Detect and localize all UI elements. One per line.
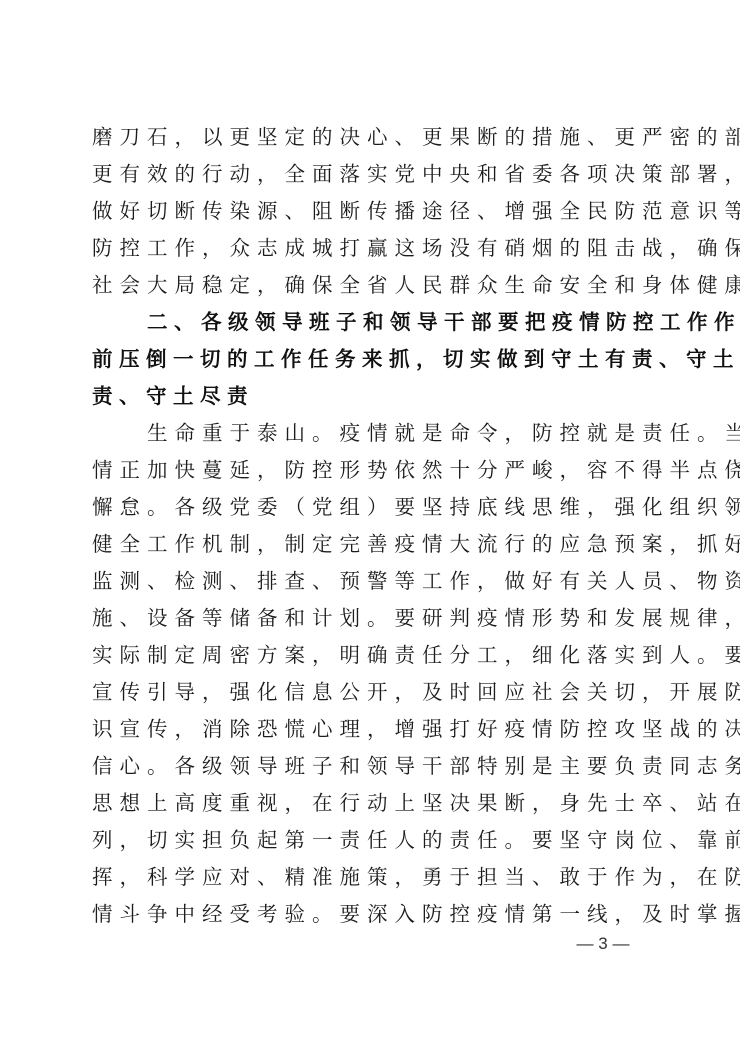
section-heading-line-3: 责、守土尽责 <box>92 381 652 411</box>
paragraph-2-line-7: 实际制定周密方案，明确责任分工，细化落实到人。要加强 <box>92 640 652 670</box>
document-page: 磨刀石，以更坚定的决心、更果断的措施、更严密的部署、 更有效的行动，全面落实党中… <box>0 0 740 1045</box>
section-heading-line-2: 前压倒一切的工作任务来抓，切实做到守土有责、守土担 <box>92 344 652 374</box>
paragraph-1-line-1: 磨刀石，以更坚定的决心、更果断的措施、更严密的部署、 <box>92 122 652 152</box>
paragraph-2-line-2: 情正加快蔓延，防控形势依然十分严峻，容不得半点侥幸和 <box>92 455 652 485</box>
paragraph-2-line-9: 识宣传，消除恐慌心理，增强打好疫情防控攻坚战的决心和 <box>92 714 652 744</box>
paragraph-2-line-8: 宣传引导，强化信息公开，及时回应社会关切，开展防控知 <box>92 677 652 707</box>
paragraph-2-line-5: 监测、检测、排查、预警等工作，做好有关人员、物资、设 <box>92 566 652 596</box>
paragraph-2-line-10: 信心。各级领导班子和领导干部特别是主要负责同志务必在 <box>92 751 652 781</box>
paragraph-2-line-3: 懈怠。各级党委（党组）要坚持底线思维，强化组织领导， <box>92 492 652 522</box>
paragraph-2-line-12: 列，切实担负起第一责任人的责任。要坚守岗位、靠前指 <box>92 825 652 855</box>
paragraph-2-line-14: 情斗争中经受考验。要深入防控疫情第一线，及时掌握疫 <box>92 899 652 929</box>
paragraph-2-line-6: 施、设备等储备和计划。要研判疫情形势和发展规律，结合 <box>92 603 652 633</box>
paragraph-2-line-13: 挥，科学应对、精准施策，勇于担当、敢于作为，在防控疫 <box>92 862 652 892</box>
paragraph-2-line-11: 思想上高度重视，在行动上坚决果断，身先士卒、站在前 <box>92 788 652 818</box>
page-number: — 3 — <box>563 930 643 958</box>
paragraph-1-line-3: 做好切断传染源、阻断传播途径、增强全民防范意识等疫情 <box>92 196 652 226</box>
paragraph-2-line-1: 生命重于泰山。疫情就是命令，防控就是责任。当前疫 <box>147 418 707 448</box>
section-heading-line-1: 二、各级领导班子和领导干部要把疫情防控工作作为当 <box>147 307 707 337</box>
paragraph-1-line-5: 社会大局稳定，确保全省人民群众生命安全和身体健康。 <box>92 270 652 300</box>
paragraph-1-line-2: 更有效的行动，全面落实党中央和省委各项决策部署，扎实 <box>92 159 652 189</box>
paragraph-2-line-4: 健全工作机制，制定完善疫情大流行的应急预案，抓好疫情 <box>92 529 652 559</box>
paragraph-1-line-4: 防控工作，众志成城打赢这场没有硝烟的阻击战，确保全省 <box>92 233 652 263</box>
